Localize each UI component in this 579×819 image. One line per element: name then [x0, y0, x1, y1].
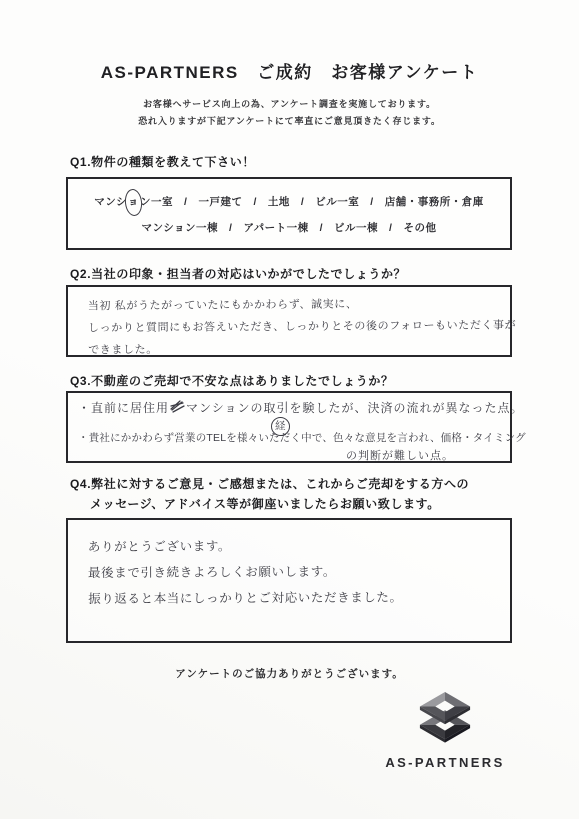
q2-label: Q2.当社の印象・担当者の対応はいかがでしたでしょうか？: [70, 265, 406, 282]
intro-line-2: 恐れ入りますが下記アンケートにて率直にご意見頂きたく存じます。: [0, 113, 579, 130]
q2-handwritten-answer: 当初 私がうたがっていたにもかかわらず、誠実に、 しっかりと質問にもお答えいただ…: [68, 285, 510, 361]
q1-label: Q1.物件の種類を教えて下さい！: [70, 153, 255, 170]
footer-thanks: アンケートのご協力ありがとうございます。: [0, 666, 579, 681]
q3-label: Q3.不動産のご売却で不安な点はありましたでしょうか？: [70, 372, 394, 389]
q1-option-text-post: ン一室 / 一戸建て / 土地 / ビル一室 / 店舗・事務所・倉庫: [140, 196, 484, 208]
handwriting-line: できました。: [88, 337, 502, 362]
page-title: AS-PARTNERS ご成約 お客様アンケート: [0, 58, 579, 83]
q2-answer-box: 当初 私がうたがっていたにもかかわらず、誠実に、 しっかりと質問にもお答えいただ…: [66, 285, 512, 357]
q4-handwritten-answer: ありがとうございます。 最後まで引き続きよろしくお願いします。 振り返ると本当に…: [68, 519, 510, 612]
q4-answer-box: ありがとうございます。 最後まで引き続きよろしくお願いします。 振り返ると本当に…: [66, 518, 512, 643]
q4-label-line-1: Q4.弊社に対するご意見・ご感想または、これからご売却をする方への: [70, 475, 469, 492]
scribble-strikeout-icon: [170, 400, 185, 416]
company-logo: AS-PARTNERS: [383, 691, 507, 770]
survey-sheet: AS-PARTNERS ご成約 お客様アンケート お客様へサービス向上の為、アン…: [0, 0, 579, 819]
q3-bullet-1: ・直前に居住用マンションの取引を験したが、決済の流れが異なった点。: [78, 399, 523, 416]
intro-line-1: お客様へサービス向上の為、アンケート調査を実施しております。: [0, 96, 579, 113]
q1-options: マンション一室 / 一戸建て / 土地 / ビル一室 / 店舗・事務所・倉庫 マ…: [68, 179, 510, 241]
q3-bullet-1-post: マンションの取引を験したが、決済の流れが異なった点。: [186, 401, 523, 415]
handwriting-line: 当初 私がうたがっていたにもかかわらず、誠実に、: [88, 293, 502, 318]
handwriting-line: しっかりと質問にもお答えいただき、しっかりとその後のフォローもいただく事が: [88, 315, 502, 340]
q3-bullet-1-pre: ・直前に居住用: [78, 401, 169, 415]
q1-options-row-2: マンション一棟 / アパート一棟 / ビル一棟 / その他: [68, 216, 510, 241]
handwriting-line: ありがとうございます。: [88, 532, 502, 560]
q4-label-line-2: メッセージ、アドバイス等が御座いましたらお願い致します。: [90, 495, 440, 512]
handwriting-line: 最後まで引き続きよろしくお願いします。: [88, 558, 502, 586]
q3-answer-box: ・直前に居住用マンションの取引を験したが、決済の流れが異なった点。 経 ・貴社に…: [66, 391, 512, 463]
q3-bullet-2: ・貴社にかかわらず営業のTELを様々いただく中で、色々な意見を言われ、価格・タイ…: [78, 430, 526, 445]
as-partners-cube-icon: [414, 734, 476, 751]
logo-wordmark: AS-PARTNERS: [383, 755, 507, 770]
handwritten-circle-mark: ョ: [124, 188, 144, 217]
handwriting-line: 振り返ると本当にしっかりとご対応いただきました。: [88, 584, 502, 612]
intro-text: お客様へサービス向上の為、アンケート調査を実施しております。 恐れ入りますが下記…: [0, 96, 579, 130]
q1-option-text-pre: マンシ: [94, 196, 127, 208]
q1-options-row-1: マンション一室 / 一戸建て / 土地 / ビル一室 / 店舗・事務所・倉庫: [68, 189, 510, 216]
q3-bullet-2-continuation: の判断が難しい点。: [346, 447, 454, 463]
q1-options-box: マンション一室 / 一戸建て / 土地 / ビル一室 / 店舗・事務所・倉庫 マ…: [66, 177, 512, 250]
